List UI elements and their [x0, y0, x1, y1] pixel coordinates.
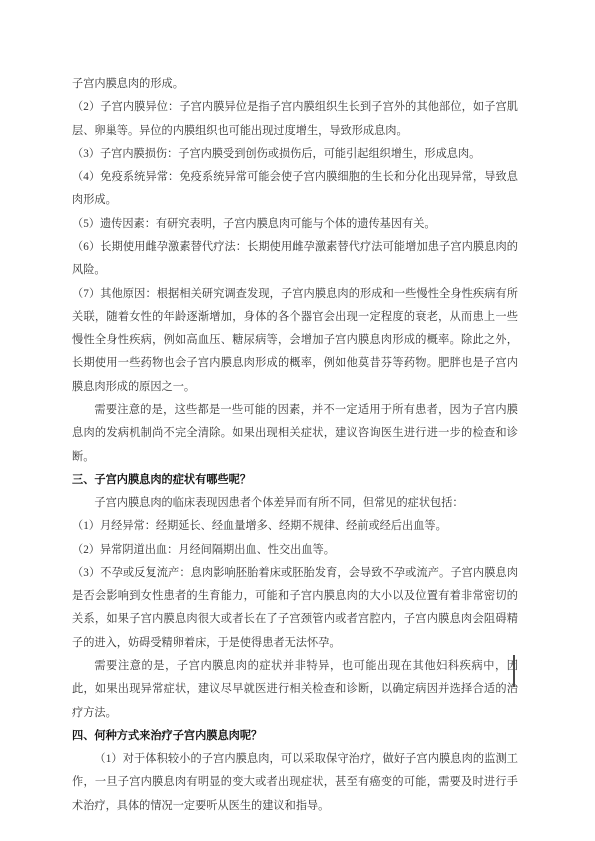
paragraph[interactable]: （1）月经异常：经期延长、经血量增多、经期不规律、经前或经后出血等。 [72, 515, 518, 538]
section-heading[interactable]: 四、何种方式来治疗子宫内膜息肉呢？ [72, 725, 518, 748]
paragraph[interactable]: 需要注意的是，这些都是一些可能的因素，并不一定适用于所有患者，因为子宫内膜息肉的… [72, 399, 518, 469]
paragraph[interactable]: （3）子宫内膜损伤：子宫内膜受到创伤或损伤后，可能引起组织增生，形成息肉。 [72, 143, 518, 166]
paragraph[interactable]: 需要注意的是，子宫内膜息肉的症状并非特异，也可能出现在其他妇科疾病中，因此，如果… [72, 655, 518, 725]
document-content[interactable]: 子宫内膜息肉的形成。（2）子宫内膜异位：子宫内膜异位是指子宫内膜组织生长到子宫外… [72, 73, 518, 818]
paragraph[interactable]: （1）对于体积较小的子宫内膜息肉，可以采取保守治疗，做好子宫内膜息肉的监测工作，… [72, 748, 518, 818]
paragraph[interactable]: （2）异常阴道出血：月经间隔期出血、性交出血等。 [72, 539, 518, 562]
document-page: 子宫内膜息肉的形成。（2）子宫内膜异位：子宫内膜异位是指子宫内膜组织生长到子宫外… [0, 0, 595, 841]
paragraph[interactable]: 子宫内膜息肉的临床表现因患者个体差异而有所不同，但常见的症状包括： [72, 492, 518, 515]
paragraph[interactable]: （2）子宫内膜异位：子宫内膜异位是指子宫内膜组织生长到子宫外的其他部位，如子宫肌… [72, 96, 518, 143]
paragraph[interactable]: （4）免疫系统异常：免疫系统异常可能会使子宫内膜细胞的生长和分化出现异常，导致息… [72, 166, 518, 213]
paragraph[interactable]: （7）其他原因：根据相关研究调查发现，子宫内膜息肉的形成和一些慢性全身性疾病有所… [72, 283, 518, 399]
paragraph[interactable]: 子宫内膜息肉的形成。 [72, 73, 518, 96]
paragraph[interactable]: （3）不孕或反复流产：息肉影响胚胎着床或胚胎发育，会导致不孕或流产。子宫内膜息肉… [72, 562, 518, 655]
paragraph[interactable]: （6）长期使用雌孕激素替代疗法：长期使用雌孕激素替代疗法可能增加患子宫内膜息肉的… [72, 236, 518, 283]
text-cursor [513, 655, 515, 687]
paragraph[interactable]: （5）遗传因素：有研究表明，子宫内膜息肉可能与个体的遗传基因有关。 [72, 213, 518, 236]
section-heading[interactable]: 三、子宫内膜息肉的症状有哪些呢？ [72, 469, 518, 492]
